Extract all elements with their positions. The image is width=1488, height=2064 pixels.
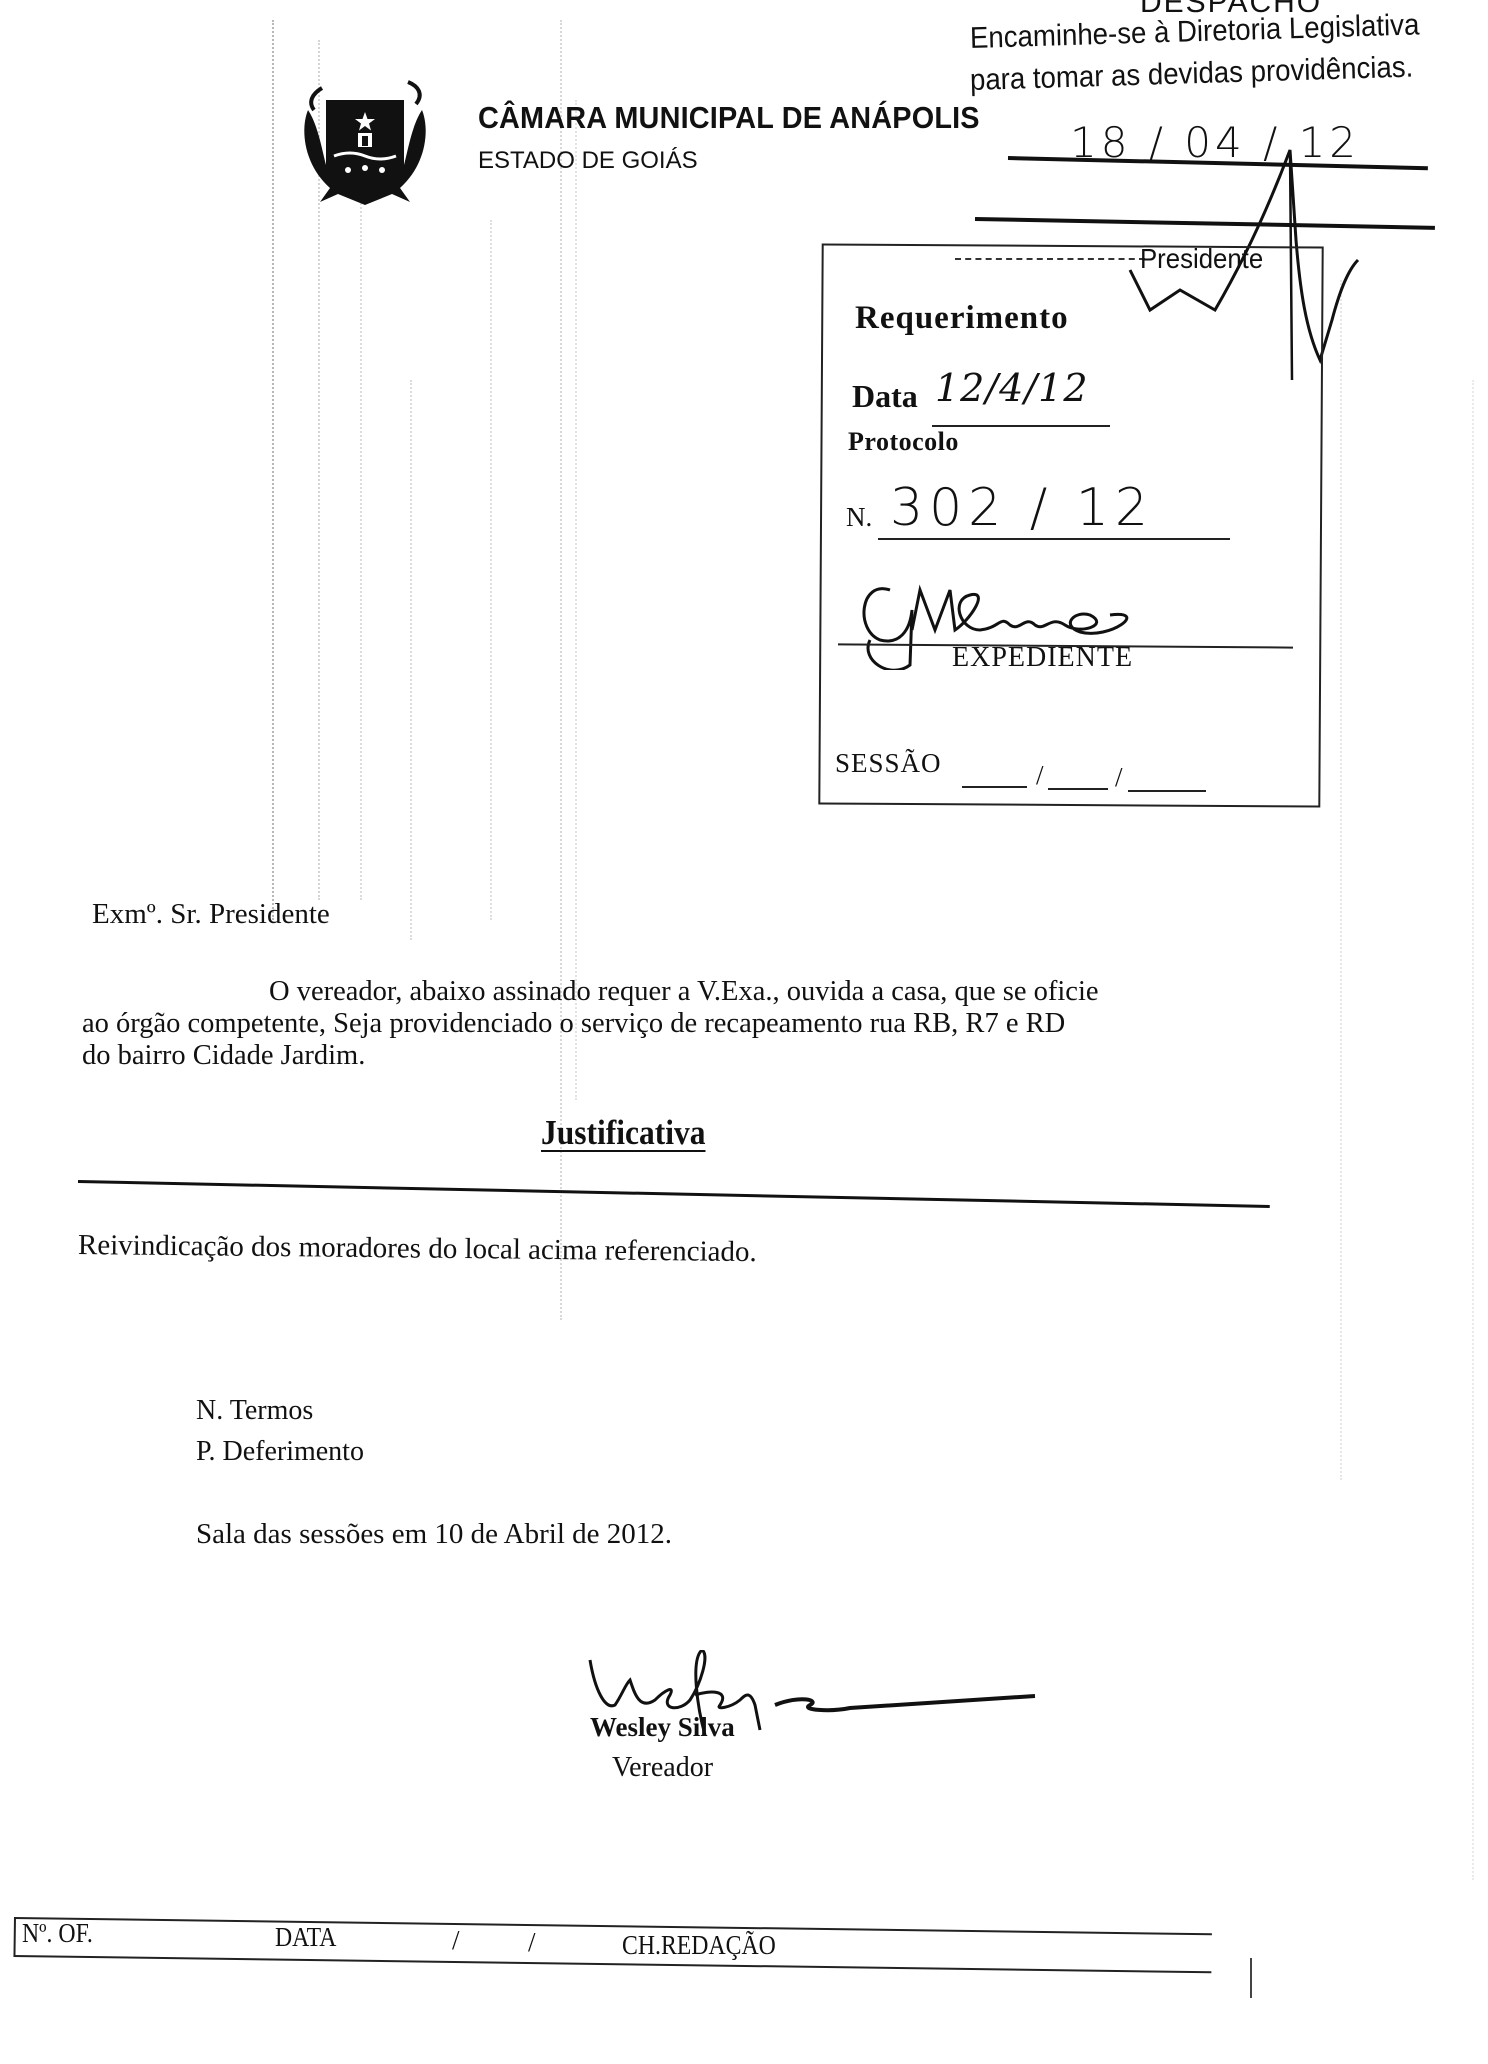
sessao-year-field[interactable] — [1128, 790, 1206, 792]
justification-heading: Justificativa — [541, 1113, 705, 1153]
despacho-instruction-line1: Encaminhe-se à Diretoria Legislativa — [970, 8, 1420, 56]
scan-artifact — [272, 20, 274, 920]
protocol-number-underline — [878, 538, 1230, 540]
footer-date-separator-2: / — [528, 1927, 536, 1958]
paragraph-line: ao órgão competente, Seja providenciado … — [82, 1008, 1282, 1040]
request-paragraph: O vereador, abaixo assinado requer a V.E… — [82, 976, 1282, 1072]
sessao-month-field[interactable] — [1048, 788, 1108, 790]
footer-office-number-label: Nº. OF. — [22, 1918, 93, 1949]
scan-artifact — [1472, 380, 1474, 1880]
scan-artifact — [575, 100, 577, 1100]
protocol-number-label: N. — [846, 502, 872, 533]
organization-state: ESTADO DE GOIÁS — [478, 147, 698, 175]
protocol-date-value: 12/4/12 — [935, 366, 1089, 410]
signer-role: Vereador — [612, 1752, 713, 1784]
closing-line-1: N. Termos — [196, 1395, 313, 1427]
paragraph-line: do bairro Cidade Jardim. — [82, 1040, 1282, 1072]
protocol-number-value: 302 / 12 — [890, 478, 1154, 538]
organization-name: CÂMARA MUNICIPAL DE ANÁPOLIS — [478, 100, 980, 136]
closing-line-2: P. Deferimento — [196, 1436, 364, 1468]
scan-artifact — [360, 200, 362, 900]
footer-redaction-label: CH.REDAÇÃO — [622, 1930, 776, 1961]
footer-date-label: DATA — [275, 1922, 336, 1953]
scan-artifact — [410, 380, 412, 940]
sessao-label: SESSÃO — [835, 748, 942, 779]
sessao-separator-2: / — [1115, 762, 1123, 793]
despacho-instruction-line2: para tomar as devidas providências. — [970, 51, 1414, 98]
justification-text: Reivindicação dos moradores do local aci… — [78, 1229, 757, 1269]
expediente-label: EXPEDIENTE — [952, 642, 1133, 674]
justification-divider — [78, 1180, 1270, 1208]
protocol-label: Protocolo — [848, 427, 959, 457]
paragraph-line: O vereador, abaixo assinado requer a V.E… — [82, 976, 1282, 1008]
signer-name: Wesley Silva — [590, 1712, 735, 1743]
footer-edge-mark — [1250, 1958, 1252, 1998]
place-and-date: Sala das sessões em 10 de Abril de 2012. — [196, 1518, 672, 1551]
salutation: Exmº. Sr. Presidente — [92, 898, 330, 931]
footer-form-bar — [13, 1917, 1211, 1973]
protocol-box-title: Requerimento — [855, 300, 1069, 337]
sessao-day-field[interactable] — [962, 786, 1027, 788]
footer-date-separator-1: / — [452, 1925, 460, 1956]
coat-of-arms-icon — [300, 70, 430, 210]
protocol-date-label: Data — [852, 378, 918, 415]
scan-artifact — [490, 220, 492, 920]
sessao-separator-1: / — [1036, 760, 1044, 791]
scan-artifact — [1340, 280, 1342, 1480]
